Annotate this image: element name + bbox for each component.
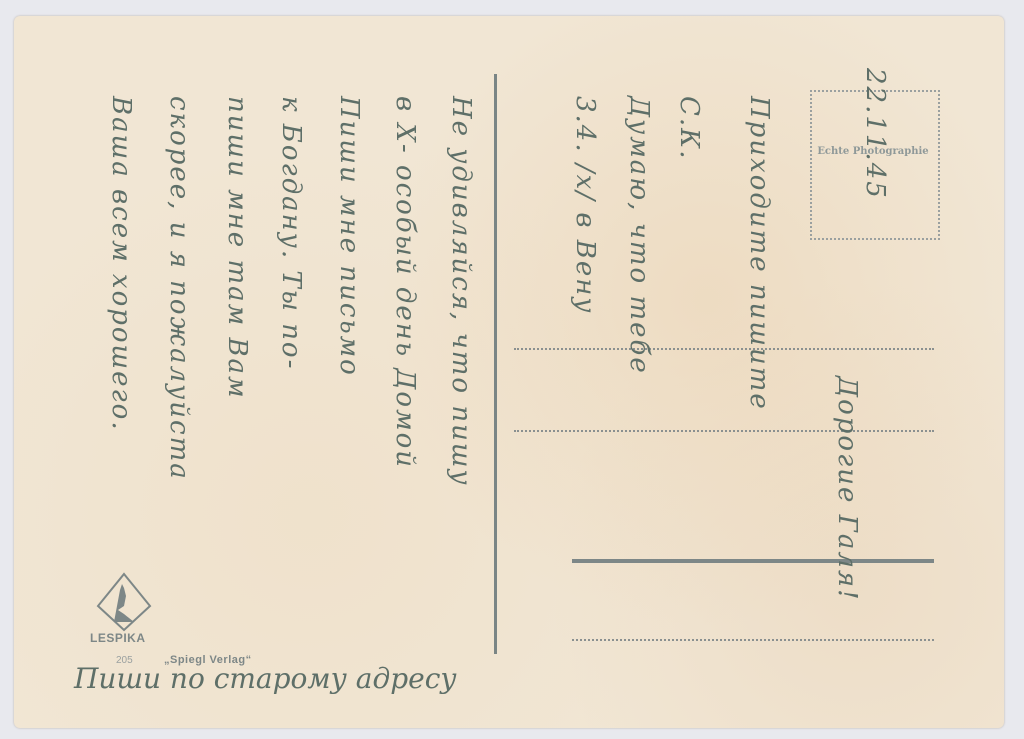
handwritten-address-line: Дорогие Галя!: [832, 376, 862, 602]
center-divider: [494, 74, 497, 654]
handwritten-address-line: Думаю, что тебе: [624, 96, 654, 375]
publisher-name: „Spiegl Verlag“: [164, 654, 252, 666]
address-line: [514, 430, 934, 432]
address-line: [572, 639, 934, 641]
handwritten-address-line: С.К.: [674, 96, 704, 161]
handwritten-message-line: пиши мне там Вам: [222, 96, 252, 400]
handwritten-bottom-line: Пиши по старому адресу: [74, 662, 457, 695]
handwritten-message-line: к Богдану. Ты по-: [276, 96, 306, 370]
address-line-bold: [572, 559, 934, 563]
handwritten-date: 22.11.45: [860, 68, 890, 200]
handwritten-address-line: 3.4. /х/ в Вену: [570, 96, 600, 314]
handwritten-message-line: Пиши мне письмо: [334, 96, 364, 377]
address-line: [514, 348, 934, 350]
postcard-back: Echte Photographie 22.11.45 Дорогие Галя…: [14, 16, 1004, 728]
handwritten-message-line: скорее, и я пожалуйста: [164, 96, 194, 481]
publisher-logo-text: LESPIKA: [90, 631, 146, 645]
handwritten-address-line: Приходите пишите: [744, 96, 774, 411]
catalog-number: 205: [116, 655, 133, 666]
handwritten-message-line: в Х- особый день Домой: [390, 96, 420, 469]
lespika-logo-icon: [94, 572, 154, 632]
handwritten-message-line: Не удивляйся, что пишу: [446, 96, 476, 487]
handwritten-message-line: Ваша всем хорошего.: [106, 96, 136, 432]
